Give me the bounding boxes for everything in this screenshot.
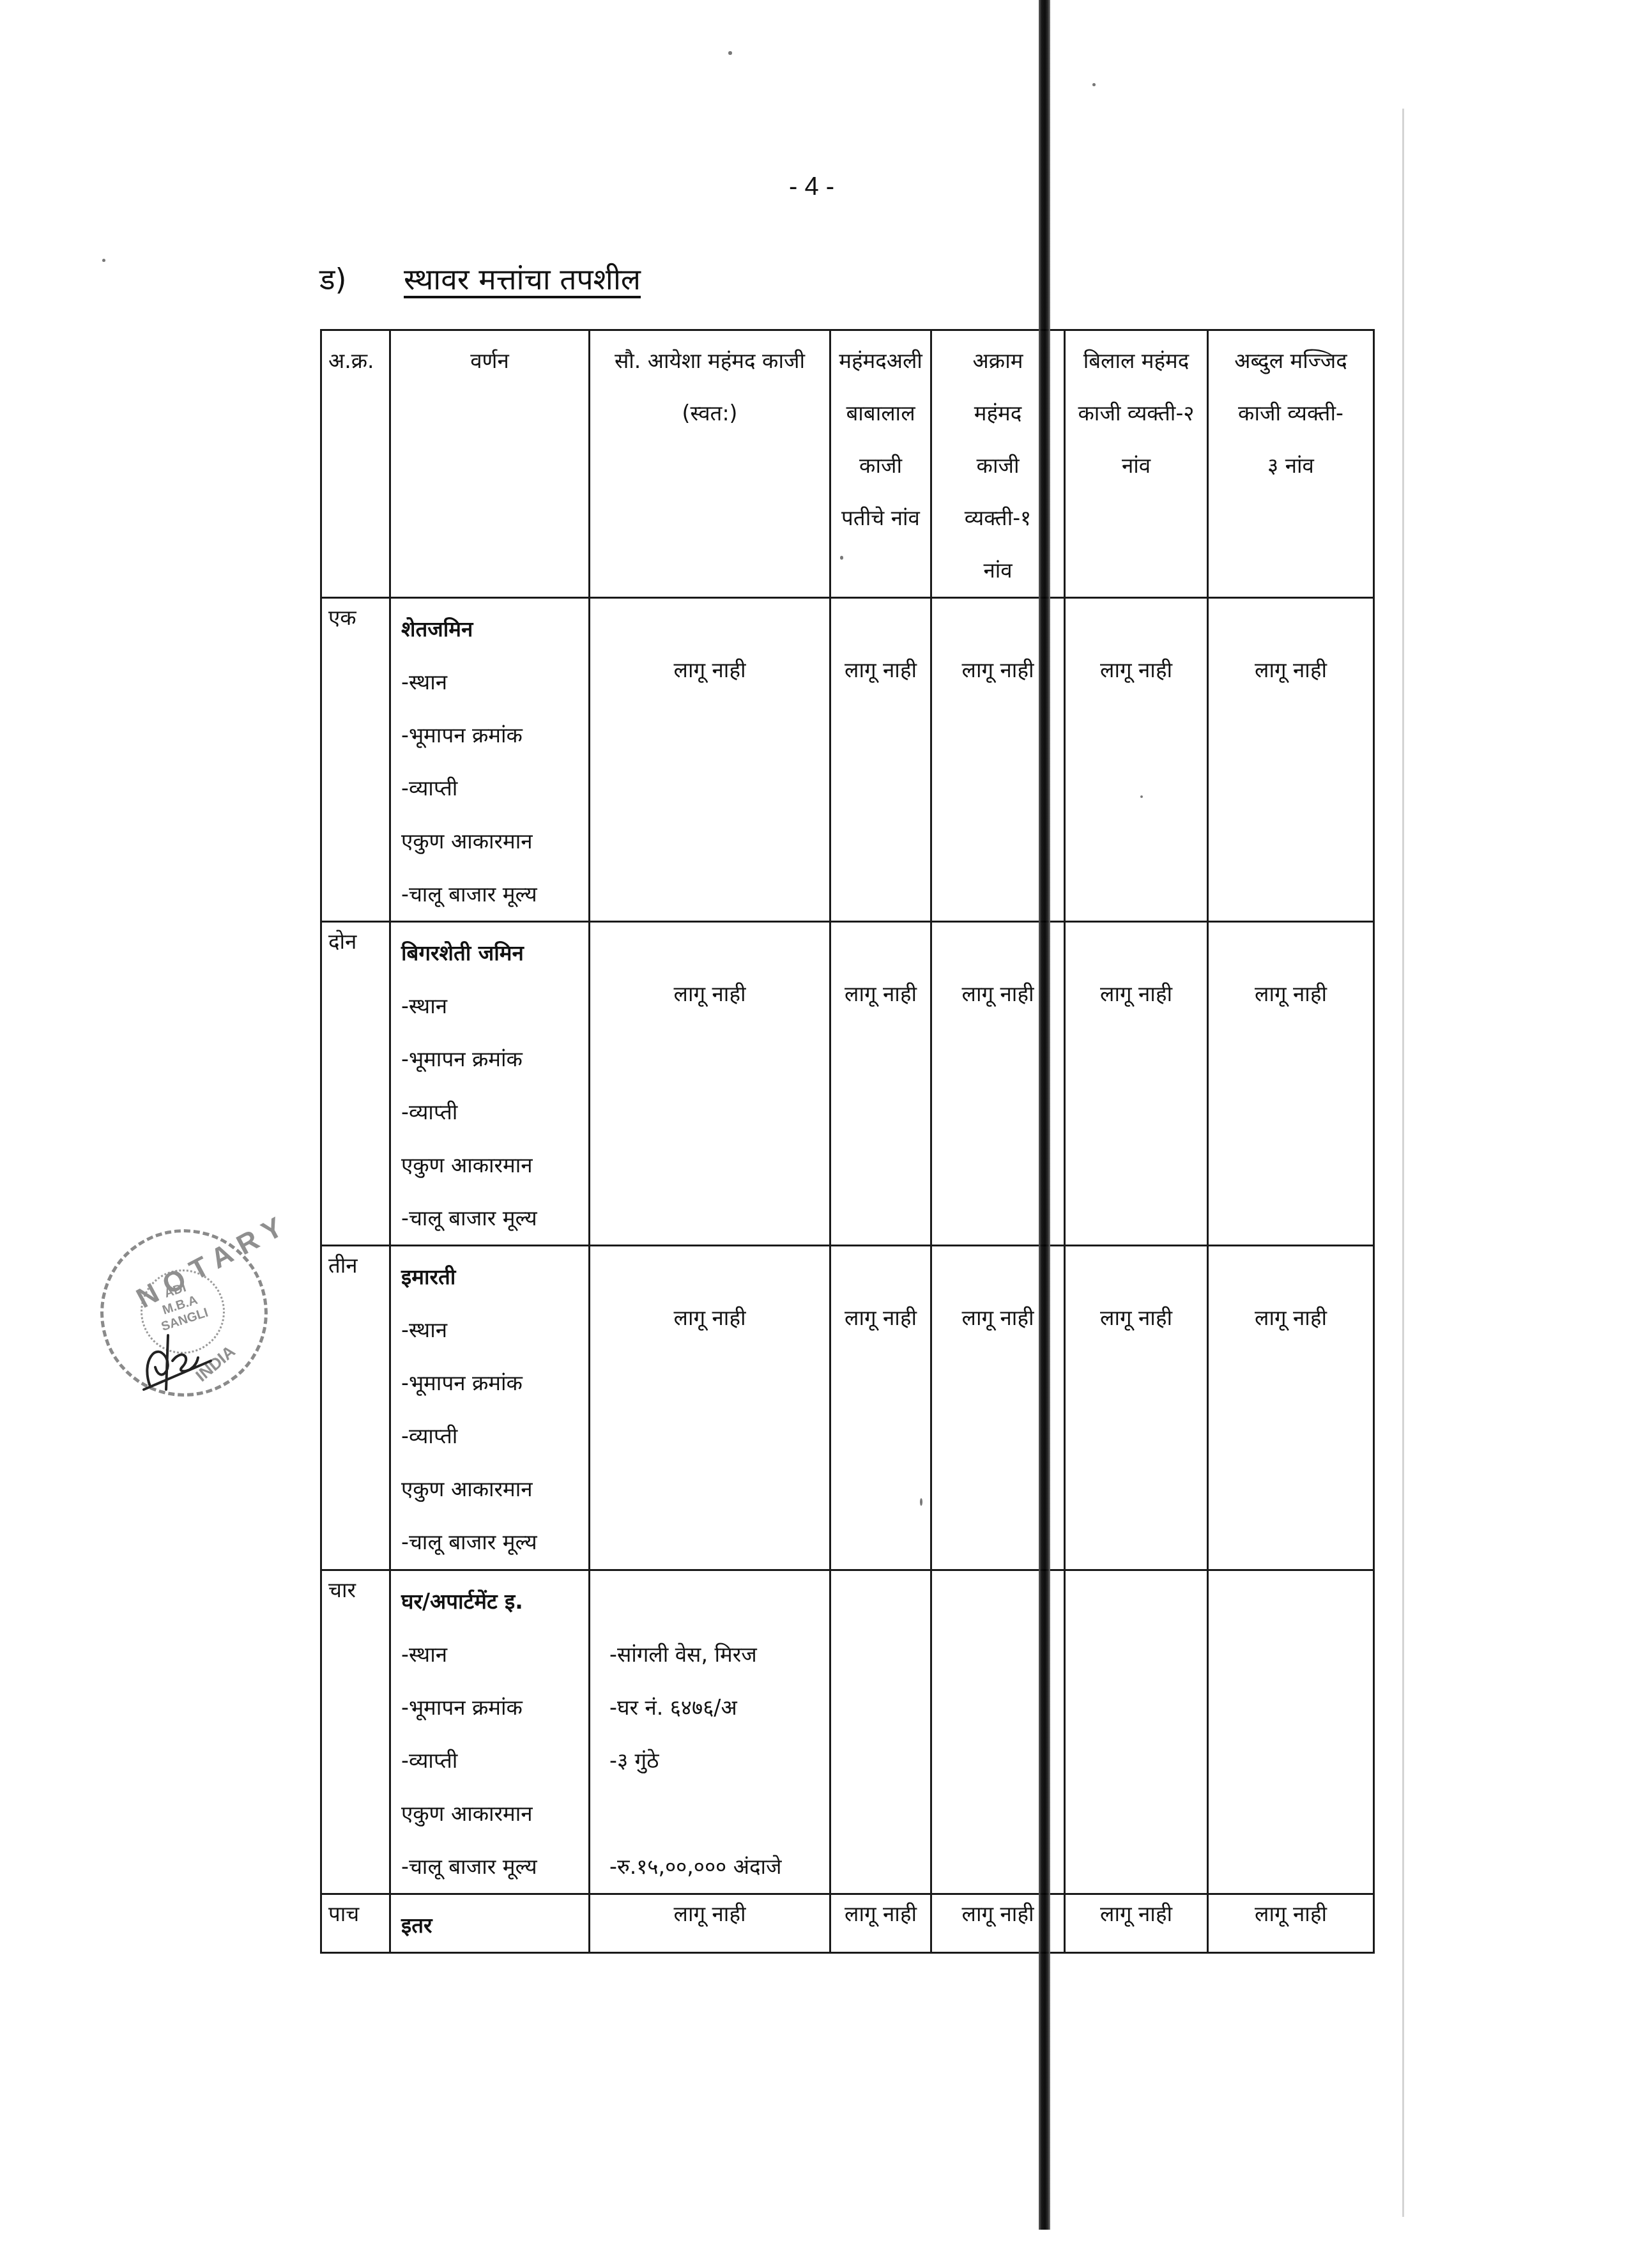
serial-cell: पाच xyxy=(321,1894,390,1953)
page-number: - 4 - xyxy=(789,172,834,201)
field-label: एकुण आकारमान xyxy=(400,1462,588,1515)
detail-value: -३ गुंठे xyxy=(609,1734,829,1787)
value-cell: लागू नाही xyxy=(1208,598,1374,922)
value-cell: लागू नाही xyxy=(830,922,931,1246)
field-label: -भूमापन क्रमांक xyxy=(400,709,588,762)
value-cell: लागू नाही xyxy=(830,1246,931,1570)
header-line: काजी xyxy=(831,440,930,492)
header-person-col: अब्दुल मज्जिदकाजी व्यक्ती-३ नांव xyxy=(1208,330,1374,598)
field-label: -स्थान xyxy=(400,1628,588,1681)
field-label: एकुण आकारमान xyxy=(400,1787,588,1840)
description-cell: बिगरशेती जमिन-स्थान-भूमापन क्रमांक-व्याप… xyxy=(390,922,590,1246)
field-label: -चालू बाजार मूल्य xyxy=(400,868,588,921)
value-cell: लागू नाही xyxy=(590,1246,830,1570)
serial-cell: चार xyxy=(321,1570,390,1894)
detail-value: -रु.१५,००,००० अंदाजे xyxy=(609,1840,829,1893)
serial-cell: दोन xyxy=(321,922,390,1246)
field-label: -भूमापन क्रमांक xyxy=(400,1032,588,1085)
serial-cell: एक xyxy=(321,598,390,922)
field-label: एकुण आकारमान xyxy=(400,815,588,868)
header-line: पतीचे नांव xyxy=(831,492,930,544)
header-line: (स्वत:) xyxy=(590,387,829,440)
field-label: -व्याप्ती xyxy=(400,1409,588,1462)
category-label: घर/अपार्टमेंट इ. xyxy=(400,1575,588,1628)
field-label: -भूमापन क्रमांक xyxy=(400,1356,588,1409)
header-description: वर्णन xyxy=(390,330,590,598)
serial-cell: तीन xyxy=(321,1246,390,1570)
field-label: -व्याप्ती xyxy=(400,762,588,815)
header-line: महंमदअली xyxy=(831,335,930,387)
field-label: -स्थान xyxy=(400,655,588,709)
header-line: बिलाल महंमद xyxy=(1066,335,1207,387)
description-cell: शेतजमिन-स्थान-भूमापन क्रमांक-व्याप्तीएकु… xyxy=(390,598,590,922)
value-cell: लागू नाही xyxy=(1208,1894,1374,1953)
header-serial: अ.क्र. xyxy=(321,330,390,598)
value-cell: लागू नाही xyxy=(1208,1246,1374,1570)
value-cell: लागू नाही xyxy=(830,598,931,922)
table-row: एकशेतजमिन-स्थान-भूमापन क्रमांक-व्याप्तीए… xyxy=(321,598,1374,922)
field-label: एकुण आकारमान xyxy=(400,1138,588,1191)
value-cell: लागू नाही xyxy=(590,1894,830,1953)
header-person-col: सौ. आयेशा महंमद काजी(स्वत:) xyxy=(590,330,830,598)
value-cell: लागू नाही xyxy=(1065,598,1208,922)
section-title: स्थावर मत्तांचा तपशील xyxy=(404,259,641,298)
header-line: अब्दुल मज्जिद xyxy=(1209,335,1373,387)
header-line: काजी व्यक्ती-२ xyxy=(1066,387,1207,440)
value-cell: लागू नाही xyxy=(1065,1894,1208,1953)
field-label: -भूमापन क्रमांक xyxy=(400,1681,588,1734)
self-details-cell: -सांगली वेस, मिरज-घर नं. ६४७६/अ-३ गुंठे … xyxy=(590,1570,830,1894)
value-cell: लागू नाही xyxy=(590,922,830,1246)
section-label: ड) xyxy=(319,259,347,298)
value-cell: लागू नाही xyxy=(830,1894,931,1953)
field-label: -चालू बाजार मूल्य xyxy=(400,1515,588,1568)
value-cell: लागू नाही xyxy=(1065,1246,1208,1570)
immovable-assets-table: अ.क्र. वर्णन सौ. आयेशा महंमद काजी(स्वत:)… xyxy=(320,329,1375,1954)
category-label: बिगरशेती जमिन xyxy=(400,926,588,979)
header-line: नांव xyxy=(1066,440,1207,492)
header-line: सौ. आयेशा महंमद काजी xyxy=(590,335,829,387)
header-person-col: महंमदअलीबाबालालकाजीपतीचे नांव xyxy=(830,330,931,598)
value-cell xyxy=(1208,1570,1374,1894)
value-cell: लागू नाही xyxy=(1065,922,1208,1246)
description-cell: इमारती-स्थान-भूमापन क्रमांक-व्याप्तीएकुण… xyxy=(390,1246,590,1570)
category-label: इमारती xyxy=(400,1250,588,1303)
header-line: ३ नांव xyxy=(1209,440,1373,492)
field-label: -व्याप्ती xyxy=(400,1085,588,1138)
signature-icon xyxy=(137,1322,214,1393)
page-edge-line xyxy=(1402,109,1404,2217)
field-label: -चालू बाजार मूल्य xyxy=(400,1840,588,1893)
table-row: पाचइतरलागू नाहीलागू नाहीलागू नाहीलागू ना… xyxy=(321,1894,1374,1953)
category-label: इतर xyxy=(400,1899,588,1952)
category-label: शेतजमिन xyxy=(400,602,588,655)
header-person-col: बिलाल महंमदकाजी व्यक्ती-२नांव xyxy=(1065,330,1208,598)
value-cell xyxy=(1065,1570,1208,1894)
header-line: काजी व्यक्ती- xyxy=(1209,387,1373,440)
table-row: तीनइमारती-स्थान-भूमापन क्रमांक-व्याप्तीए… xyxy=(321,1246,1374,1570)
field-label: -चालू बाजार मूल्य xyxy=(400,1191,588,1245)
detail-value xyxy=(609,1787,829,1840)
header-line: बाबालाल xyxy=(831,387,930,440)
description-cell: इतर xyxy=(390,1894,590,1953)
table-header-row: अ.क्र. वर्णन सौ. आयेशा महंमद काजी(स्वत:)… xyxy=(321,330,1374,598)
description-cell: घर/अपार्टमेंट इ.-स्थान-भूमापन क्रमांक-व्… xyxy=(390,1570,590,1894)
detail-value: -सांगली वेस, मिरज xyxy=(609,1628,829,1681)
table-row: दोनबिगरशेती जमिन-स्थान-भूमापन क्रमांक-व्… xyxy=(321,922,1374,1246)
scan-artifact-line xyxy=(1039,0,1050,2230)
detail-value: -घर नं. ६४७६/अ xyxy=(609,1681,829,1734)
table-body: एकशेतजमिन-स्थान-भूमापन क्रमांक-व्याप्तीए… xyxy=(321,598,1374,1953)
value-cell: लागू नाही xyxy=(590,598,830,922)
table-row: चारघर/अपार्टमेंट इ.-स्थान-भूमापन क्रमांक… xyxy=(321,1570,1374,1894)
value-cell: लागू नाही xyxy=(1208,922,1374,1246)
field-label: -स्थान xyxy=(400,1303,588,1356)
value-cell xyxy=(830,1570,931,1894)
field-label: -स्थान xyxy=(400,979,588,1032)
field-label: -व्याप्ती xyxy=(400,1734,588,1787)
